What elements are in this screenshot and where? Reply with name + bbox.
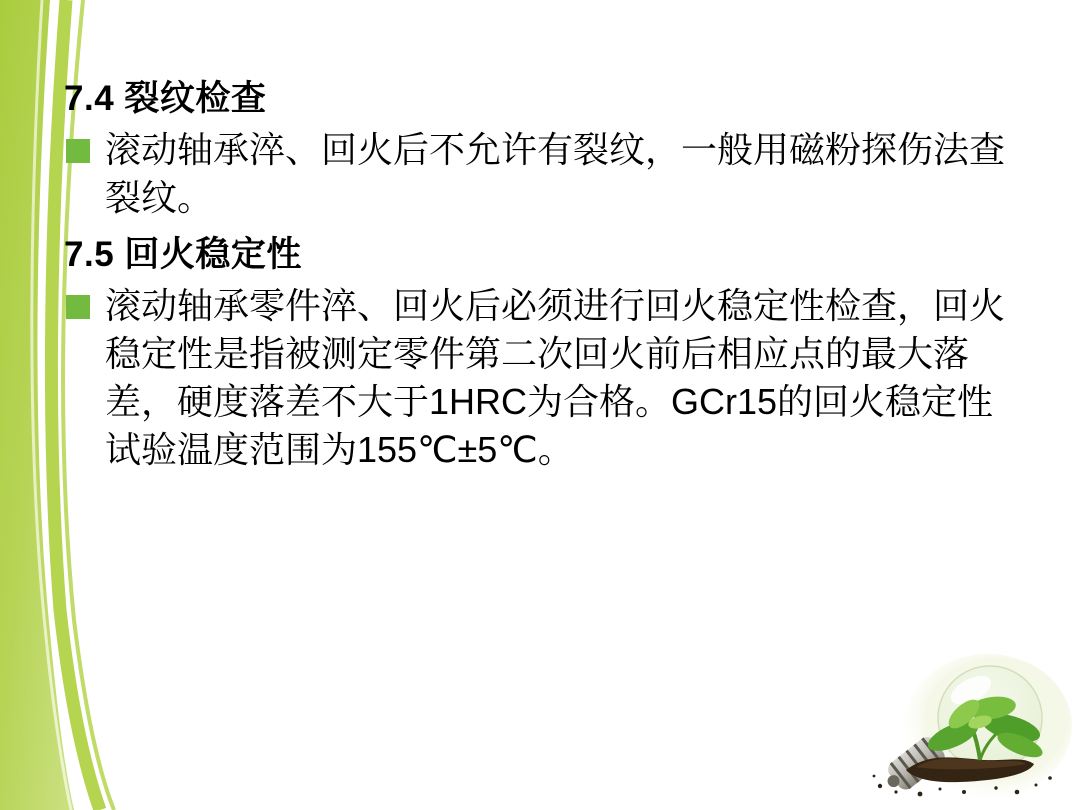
band-main-body (0, 0, 74, 810)
bulb-screw-base (879, 733, 948, 797)
bullet-text: 滚动轴承零件淬、回火后必须进行回火稳定性检查，回火稳定性是指被测定零件第二次回火… (105, 282, 1013, 474)
list-item: 滚动轴承淬、回火后不允许有裂纹，一般用磁粉探伤法查裂纹。 (64, 126, 1020, 222)
section-heading: 7.4 裂纹检查 (64, 74, 1020, 124)
bullet-square-icon (66, 139, 90, 163)
soil-highlight (916, 758, 1026, 769)
list-item: 滚动轴承零件淬、回火后必须进行回火稳定性检查，回火稳定性是指被测定零件第二次回火… (64, 282, 1020, 474)
section-heading: 7.5 回火稳定性 (64, 230, 1020, 280)
glow-halo (904, 654, 1072, 798)
bulb-neck (924, 740, 970, 778)
bullet-text: 滚动轴承淬、回火后不允许有裂纹，一般用磁粉探伤法查裂纹。 (105, 126, 1013, 222)
bulb-glass (938, 666, 1042, 770)
plant-sprout (924, 694, 1046, 763)
lightbulb-plant-illustration (868, 648, 1074, 806)
slide-content: 7.4 裂纹检查 滚动轴承淬、回火后不允许有裂纹，一般用磁粉探伤法查裂纹。 7.… (64, 74, 1020, 482)
dirt-specks (873, 775, 1052, 797)
soil-mound (906, 757, 1034, 782)
section-tempering-stability: 7.5 回火稳定性 滚动轴承零件淬、回火后必须进行回火稳定性检查，回火稳定性是指… (64, 230, 1020, 474)
presentation-slide: 7.4 裂纹检查 滚动轴承淬、回火后不允许有裂纹，一般用磁粉探伤法查裂纹。 7.… (0, 0, 1080, 810)
bulb-highlight (946, 670, 995, 710)
bullet-square-icon (66, 295, 90, 319)
section-crack-inspection: 7.4 裂纹检查 滚动轴承淬、回火后不允许有裂纹，一般用磁粉探伤法查裂纹。 (64, 74, 1020, 222)
